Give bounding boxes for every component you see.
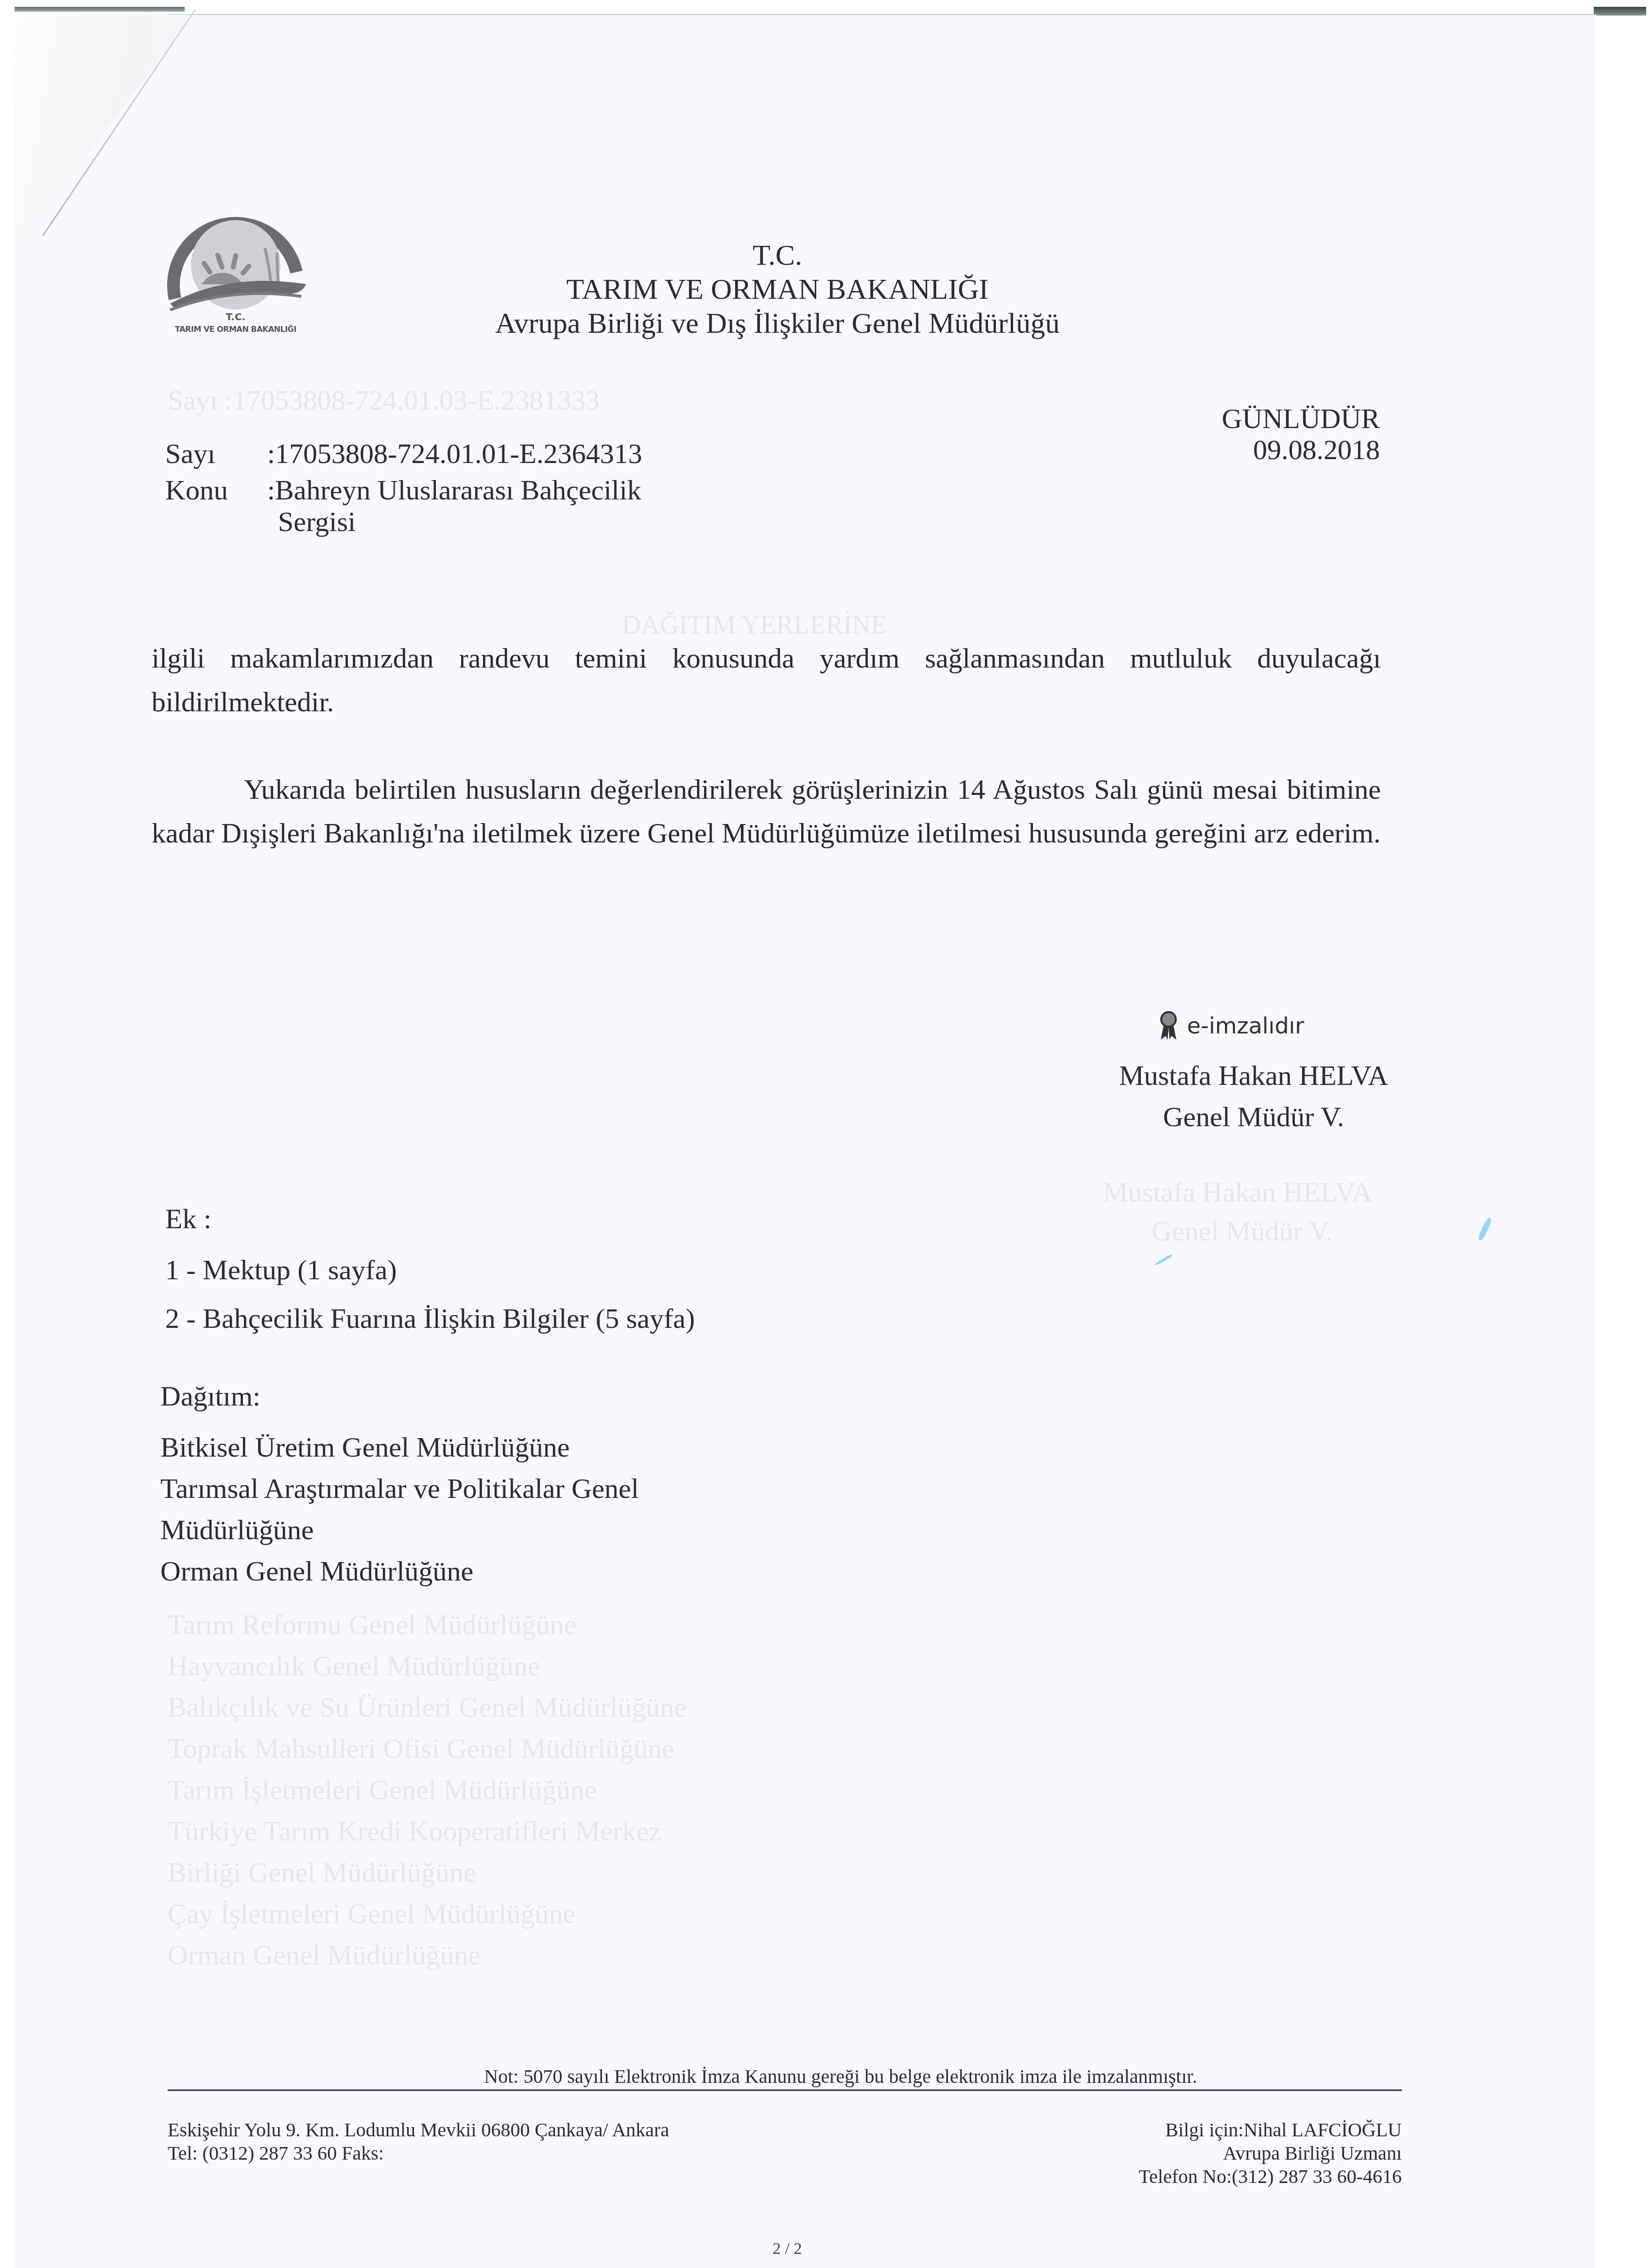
bleed-through-line: Tarım Reformu Genel Müdürlüğüne [168, 1608, 577, 1641]
bleed-through-line: Toprak Mahsulleri Ofisi Genel Müdürlüğün… [168, 1732, 674, 1765]
letterhead-directorate: Avrupa Birliği ve Dış İlişkiler Genel Mü… [340, 306, 1215, 340]
bleed-through-line: Çay İşletmeleri Genel Müdürlüğüne [168, 1897, 575, 1930]
signer-name: Mustafa Hakan HELVA [1069, 1059, 1438, 1092]
bleed-through-line: Birliği Genel Müdürlüğüne [168, 1856, 476, 1889]
priority-label: GÜNLÜDÜR [1222, 403, 1380, 434]
subject-value-line1: :Bahreyn Uluslararası Bahçecilik [267, 474, 641, 506]
footer-divider [168, 2089, 1402, 2091]
attachment-item: 2 - Bahçecilik Fuarına İlişkin Bilgiler … [165, 1302, 695, 1335]
ministry-logo: T.C. TARIM VE ORMAN BAKANLIĞI [155, 199, 316, 340]
reference-number-value: :17053808-724.01.01-E.2364313 [267, 437, 642, 470]
footer-contact-block: Bilgi için:Nihal LAFCİOĞLU Avrupa Birliğ… [1138, 2118, 1402, 2188]
distribution-item: Müdürlüğüne [160, 1513, 314, 1546]
page-number: 2 / 2 [773, 2240, 802, 2258]
logo-caption-ministry: TARIM VE ORMAN BAKANLIĞI [155, 325, 316, 334]
reference-number-label: Sayı [165, 437, 215, 470]
e-signature-law-note: Not: 5070 sayılı Elektronik İmza Kanunu … [146, 2065, 1535, 2088]
distribution-item: Orman Genel Müdürlüğüne [160, 1555, 473, 1587]
scan-edge-shadow-left [15, 7, 185, 12]
bleed-through-line: Balıkçılık ve Su Ürünleri Genel Müdürlüğ… [168, 1691, 687, 1723]
logo-caption-tc: T.C. [155, 311, 316, 323]
body-paragraph-1: ilgili makamlarımızdan randevu temini ko… [152, 636, 1381, 724]
footer-address: Eskişehir Yolu 9. Km. Lodumlu Mevkii 068… [168, 2118, 669, 2142]
subject-label: Konu [165, 474, 228, 506]
contact-phone: Telefon No:(312) 287 33 60-4616 [1138, 2165, 1402, 2188]
e-signature-text: e-imzalıdır [1187, 1013, 1304, 1039]
letterhead-ministry: TARIM VE ORMAN BAKANLIĞI [340, 272, 1215, 306]
footer-phone-fax: Tel: (0312) 287 33 60 Faks: [168, 2142, 669, 2165]
footer-address-block: Eskişehir Yolu 9. Km. Lodumlu Mevkii 068… [168, 2118, 669, 2165]
letterhead-tc: T.C. [340, 238, 1215, 272]
distribution-item: Tarımsal Araştırmalar ve Politikalar Gen… [160, 1472, 639, 1505]
distribution-label: Dağıtım: [160, 1380, 260, 1412]
contact-title: Avrupa Birliği Uzmanı [1138, 2142, 1402, 2165]
bleed-through-signer-title: Genel Müdür V. [1152, 1215, 1333, 1247]
bleed-through-line: Hayvancılık Genel Müdürlüğüne [168, 1649, 540, 1682]
signer-title: Genel Müdür V. [1069, 1100, 1438, 1133]
letterhead: T.C. TARIM VE ORMAN BAKANLIĞI Avrupa Bir… [340, 238, 1215, 340]
contact-name: Bilgi için:Nihal LAFCİOĞLU [1138, 2118, 1402, 2142]
bleed-through-line: Sayı :17053808-724.01.03-E.2381333 [168, 384, 600, 416]
bleed-through-line: Türkiye Tarım Kredi Kooperatifleri Merke… [168, 1815, 661, 1847]
e-signature-badge: e-imzalıdır [1159, 1011, 1304, 1041]
document-date: 09.08.2018 [1222, 434, 1380, 465]
subject-value-line2: Sergisi [278, 505, 356, 538]
document-page [15, 15, 1596, 2268]
scan-edge-shadow-right [1594, 7, 1646, 16]
bleed-through-signer-name: Mustafa Hakan HELVA [1103, 1176, 1372, 1208]
bleed-through-heading: DAĞITIM YERLERİNE [622, 610, 887, 640]
page-top-edge [168, 14, 1596, 15]
body-paragraph-2: Yukarıda belirtilen hususların değerlend… [152, 768, 1381, 855]
date-block: GÜNLÜDÜR 09.08.2018 [1222, 403, 1380, 465]
distribution-item: Bitkisel Üretim Genel Müdürlüğüne [160, 1431, 569, 1463]
bleed-through-line: Orman Genel Müdürlüğüne [168, 1939, 481, 1971]
attachments-label: Ek : [165, 1203, 211, 1235]
sun-wheat-emblem-icon [155, 199, 316, 311]
bleed-through-line: Tarım İşletmeleri Genel Müdürlüğüne [168, 1773, 597, 1806]
attachment-item: 1 - Mektup (1 sayfa) [165, 1254, 397, 1286]
ribbon-seal-icon [1159, 1011, 1178, 1041]
